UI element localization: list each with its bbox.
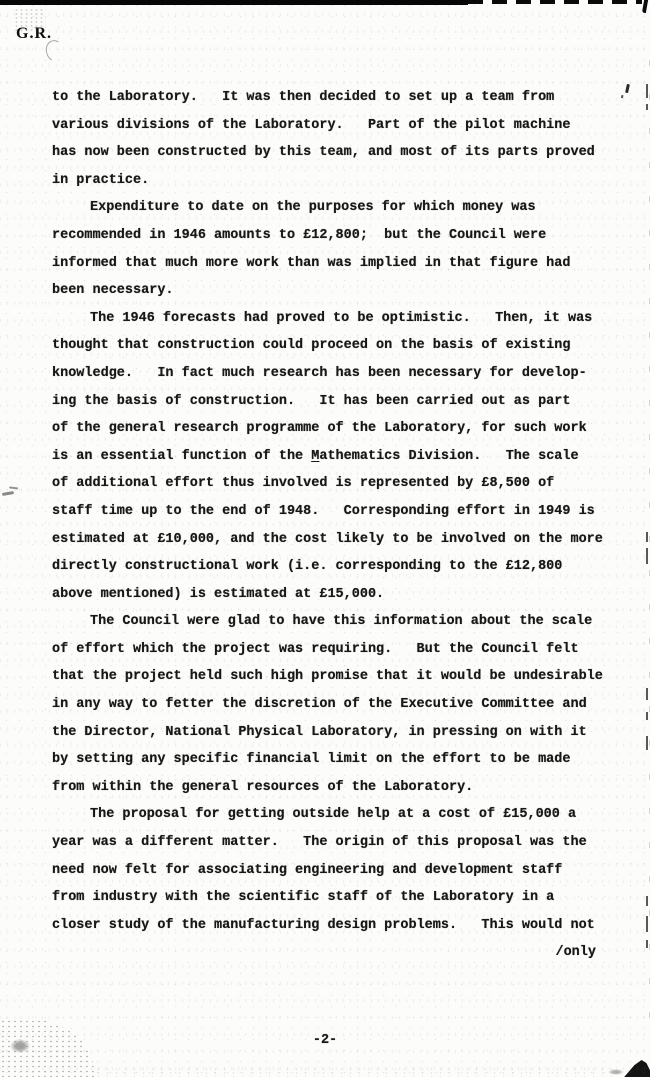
text-line: knowledge. In fact much research has bee…: [52, 360, 620, 388]
text-line: been necessary.: [52, 277, 620, 305]
scan-edge-top-hook: [642, 0, 648, 13]
scan-right-dash: [646, 896, 648, 906]
text-line: of additional effort thus involved is re…: [52, 470, 620, 498]
scan-right-dash: [646, 736, 648, 750]
underlined-character: M: [311, 449, 319, 464]
text-line: that the project held such high promise …: [52, 663, 620, 691]
scan-right-dash: [646, 84, 648, 98]
text-line: is an essential function of the Mathemat…: [52, 443, 620, 471]
stray-ink-mark: [625, 84, 630, 93]
text-line: The 1946 forecasts had proved to be opti…: [52, 305, 620, 333]
text-line: informed that much more work than was im…: [52, 250, 620, 278]
text-line: various divisions of the Laboratory. Par…: [52, 112, 620, 140]
scan-noise-bottom-left: [0, 1019, 94, 1077]
scan-right-dash: [646, 712, 648, 720]
text-line: in practice.: [52, 167, 620, 195]
text-line: in any way to fetter the discretion of t…: [52, 691, 620, 719]
text-line: The proposal for getting outside help at…: [52, 801, 620, 829]
scan-right-dash: [646, 532, 648, 542]
page-number: -2-: [0, 1033, 650, 1048]
scan-noise-bottom-edge: [94, 1067, 616, 1077]
document-body: to the Laboratory. It was then decided t…: [52, 84, 620, 967]
scan-corner-mark: [620, 1060, 650, 1077]
text-line: year was a different matter. The origin …: [52, 829, 620, 857]
text-line: thought that construction could proceed …: [52, 332, 620, 360]
scan-right-dash: [646, 104, 648, 110]
text-line: by setting any specific financial limit …: [52, 746, 620, 774]
text-line: from within the general resources of the…: [52, 774, 620, 802]
text-line: of the general research programme of the…: [52, 415, 620, 443]
scan-edge-top-bar: [0, 0, 468, 5]
scan-right-dash: [646, 940, 648, 948]
text-line: estimated at £10,000, and the cost likel…: [52, 526, 620, 554]
scan-smudge-bottom-right: [608, 1069, 624, 1075]
paragraph-lines: to the Laboratory. It was then decided t…: [52, 84, 620, 939]
text-line: closer study of the manufacturing design…: [52, 912, 620, 940]
text-line: directly constructional work (i.e. corre…: [52, 553, 620, 581]
text-line: the Director, National Physical Laborato…: [52, 719, 620, 747]
catchword: /only: [52, 939, 620, 967]
text-line: from industry with the scientific staff …: [52, 884, 620, 912]
scan-edge-top-dashes: [468, 0, 642, 4]
scan-right-dash: [646, 688, 648, 700]
text-line: need now felt for associating engineerin…: [52, 857, 620, 885]
text-line: has now been constructed by this team, a…: [52, 139, 620, 167]
text-line: above mentioned) is estimated at £15,000…: [52, 581, 620, 609]
text-line: The Council were glad to have this infor…: [52, 608, 620, 636]
scanned-page: G.R. to the Laboratory. It was then deci…: [0, 0, 650, 1077]
handwritten-initials: G.R.: [16, 25, 52, 43]
text-line: to the Laboratory. It was then decided t…: [52, 84, 620, 112]
text-line: ing the basis of construction. It has be…: [52, 388, 620, 416]
text-line: recommended in 1946 amounts to £12,800; …: [52, 222, 620, 250]
scan-right-dash: [646, 916, 648, 932]
margin-pencil-mark: [2, 491, 14, 496]
text-line: staff time up to the end of 1948. Corres…: [52, 498, 620, 526]
text-line: Expenditure to date on the purposes for …: [52, 194, 620, 222]
scan-right-dash: [646, 548, 648, 564]
text-line: of effort which the project was requirin…: [52, 636, 620, 664]
